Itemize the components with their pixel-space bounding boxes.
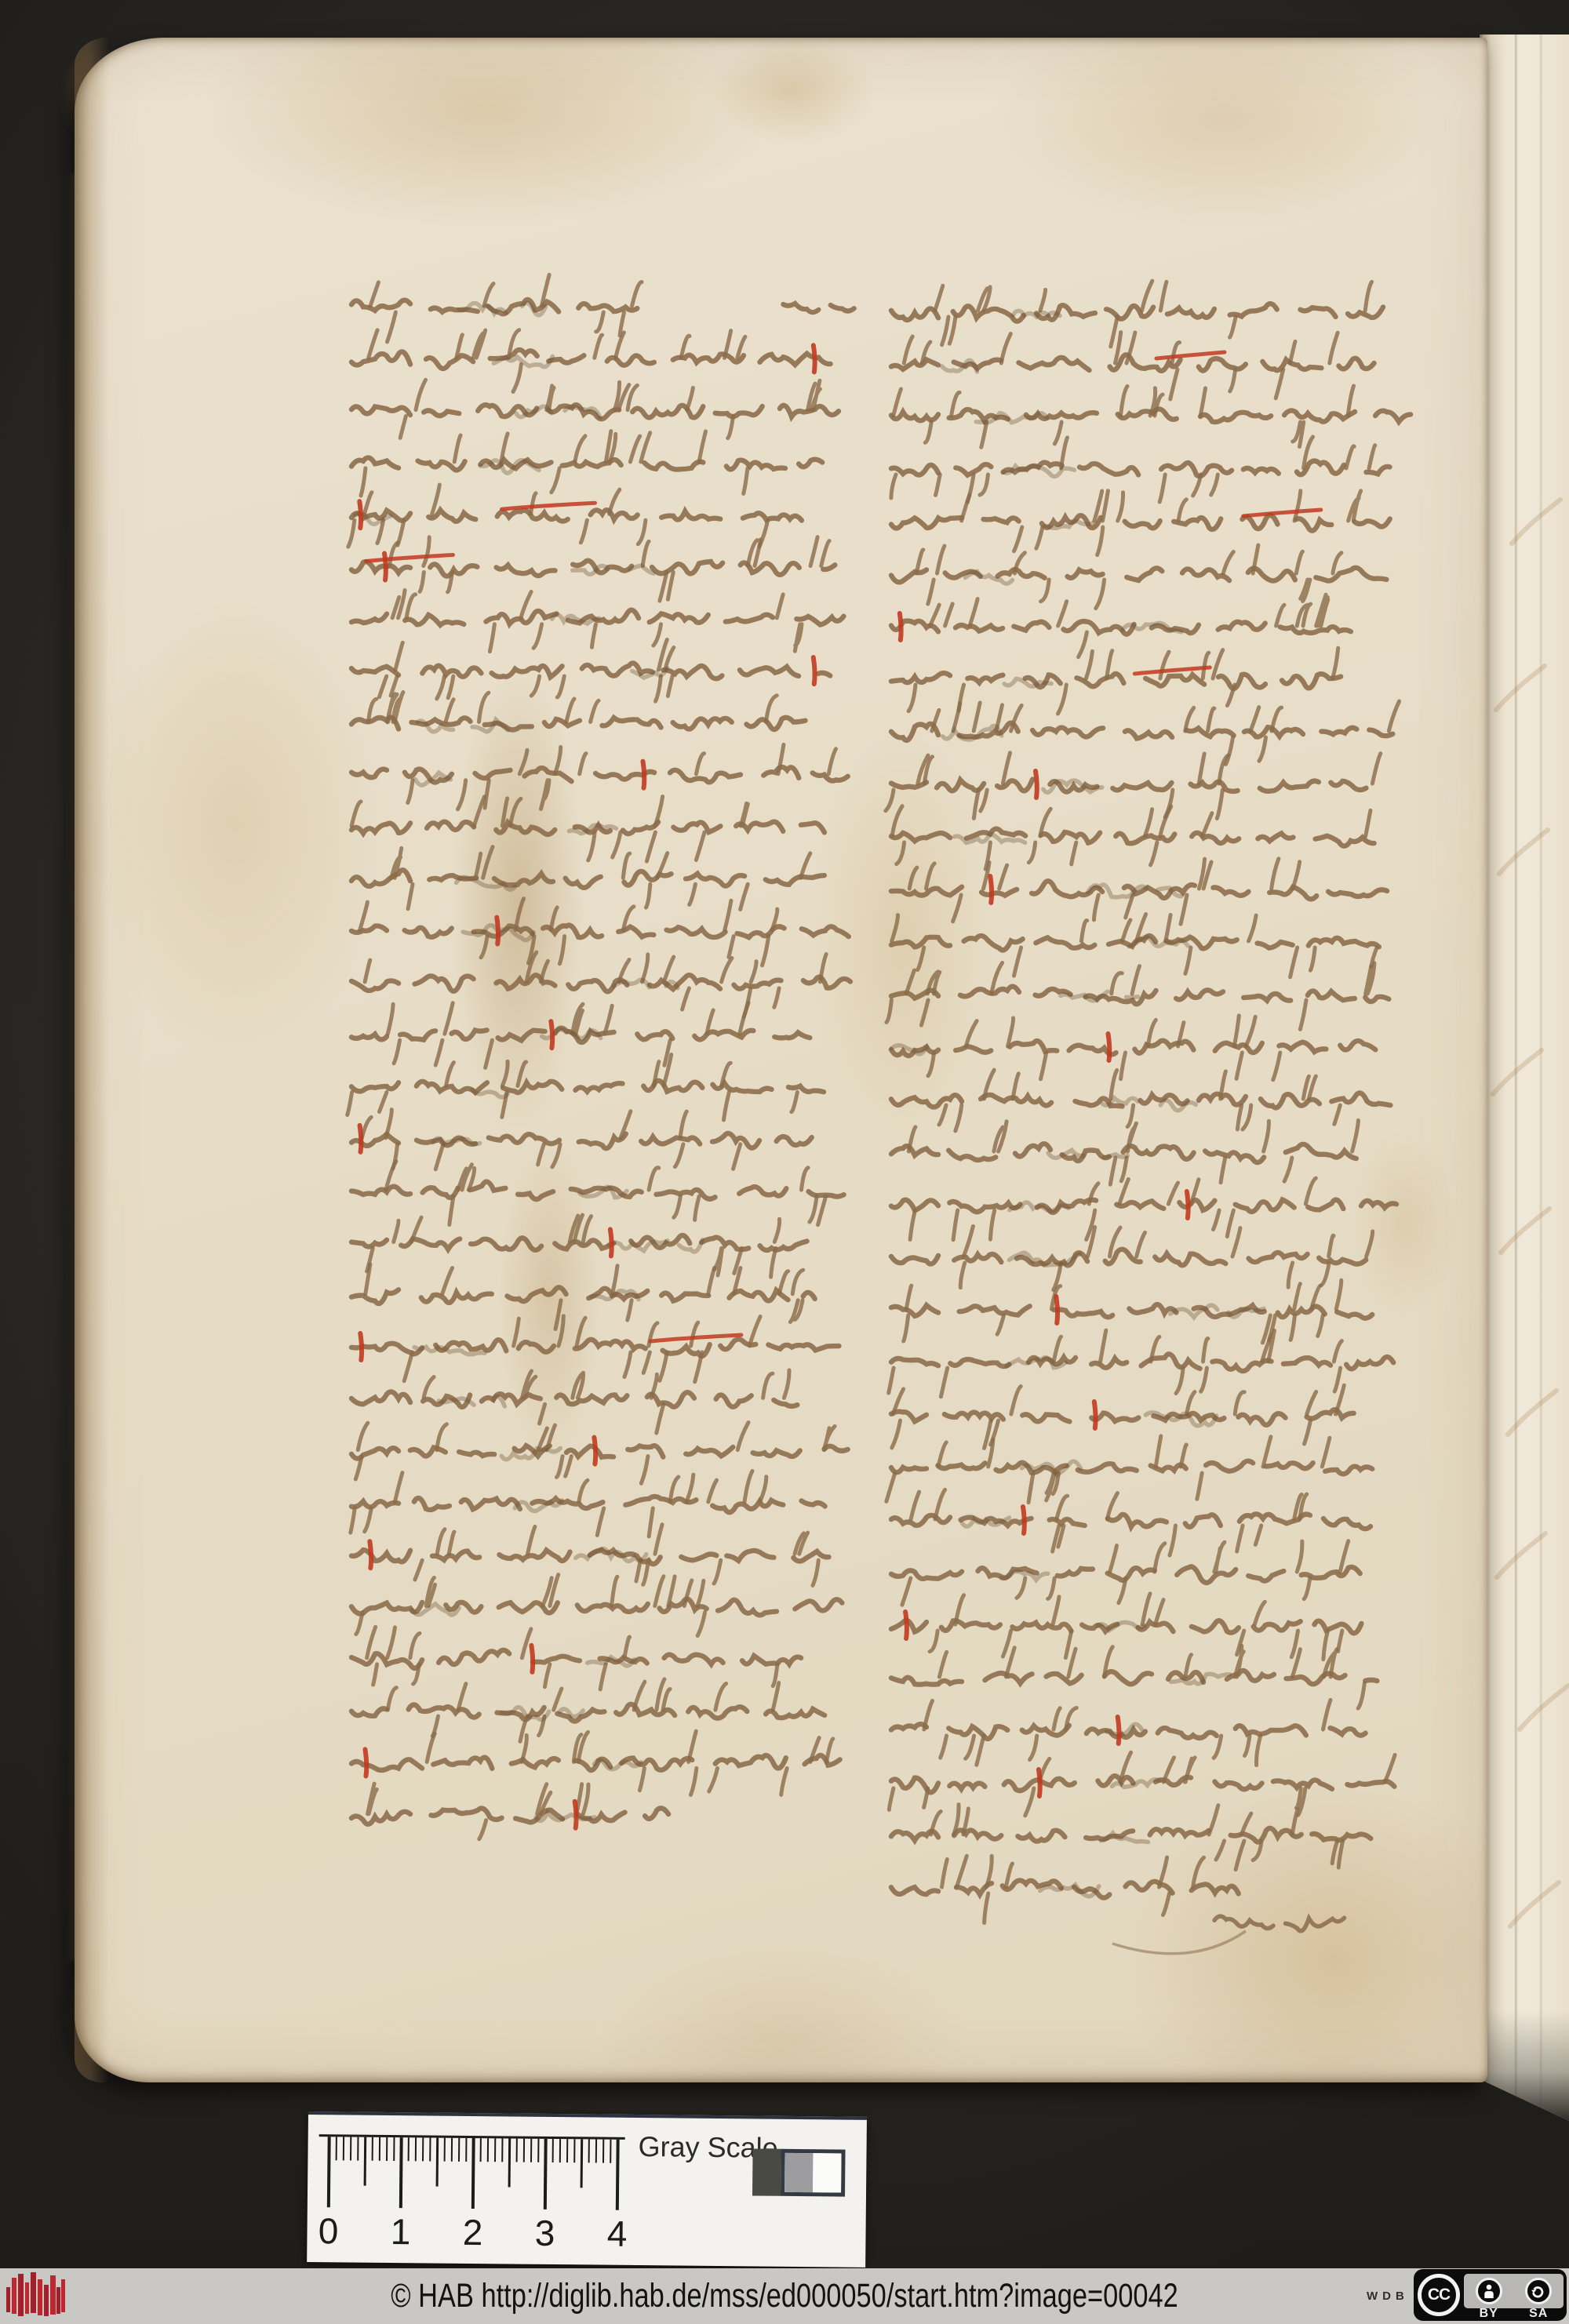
manuscript-page	[75, 38, 1487, 2082]
cc-icon: CC	[1418, 2274, 1460, 2316]
cc-by-label: BY	[1480, 2307, 1498, 2321]
svg-text:3: 3	[534, 2213, 555, 2253]
cc-sa-label: SA	[1529, 2307, 1548, 2321]
ghost-writing-showthrough	[1480, 35, 1569, 2121]
copyright-url: © HAB http://diglib.hab.de/mss/ed000050/…	[157, 2268, 1412, 2324]
wdb-mark: WDB	[1367, 2289, 1409, 2303]
swatch-mid-gray	[784, 2153, 813, 2192]
svg-text:4: 4	[606, 2213, 627, 2254]
hab-logo-icon	[5, 2271, 67, 2322]
footer-bar: © HAB http://diglib.hab.de/mss/ed000050/…	[0, 2268, 1569, 2324]
cc-icon-panel	[1464, 2274, 1564, 2308]
swatch-white	[813, 2153, 841, 2192]
grayscale-calibration-card: 01234 Gray Scale	[307, 2111, 867, 2268]
grayscale-swatch	[752, 2148, 846, 2196]
swatch-frame	[781, 2149, 846, 2197]
svg-text:1: 1	[390, 2211, 410, 2252]
page-deckle-edge	[75, 38, 109, 2082]
svg-text:2: 2	[462, 2212, 482, 2253]
cc-sa-arrow-icon	[1525, 2278, 1552, 2304]
cc-labels: BY SA	[1464, 2307, 1564, 2321]
svg-text:0: 0	[318, 2210, 338, 2251]
cc-by-person-icon	[1476, 2278, 1502, 2304]
swatch-dark-gray	[752, 2148, 781, 2195]
cc-license-badge: CC BY SA	[1414, 2269, 1567, 2321]
book-fore-edge-pages	[1480, 35, 1569, 2121]
